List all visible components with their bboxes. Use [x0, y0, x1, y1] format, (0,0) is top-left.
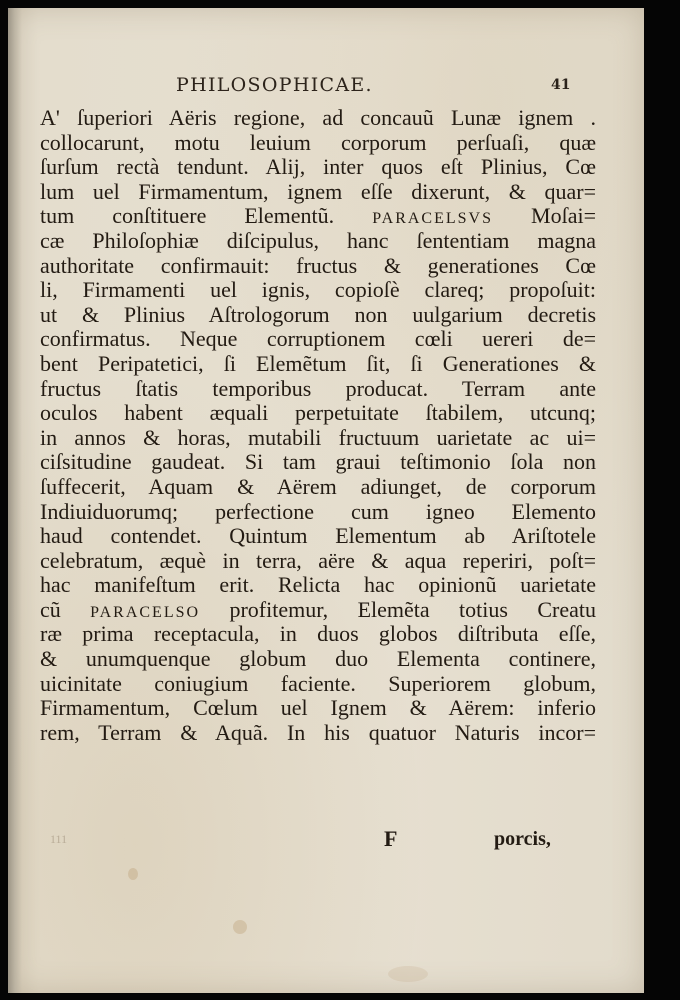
text-run: Firmamentum, Cœlum uel Ignem & Aërem: in… [40, 695, 596, 720]
text-run: in annos & horas, mutabili fructuum uari… [40, 425, 596, 450]
text-run: ſurſum rectà tendunt. Alij, inter quos e… [40, 154, 596, 179]
text-line: haud contendet. Quintum Elementum ab Ari… [40, 524, 596, 549]
text-run: fructus ſtatis temporibus producat. Terr… [40, 376, 596, 401]
page-number: 41 [551, 77, 570, 93]
text-run: ciſsitudine gaudeat. Si tam graui teſtim… [40, 449, 596, 474]
text-run: collocarunt, motu leuium corporum perſua… [40, 130, 596, 155]
text-run: rem, Terram & Aquã. In his quatuor Natur… [40, 720, 596, 745]
text-line: lum uel Firmamentum, ignem eſſe dixerunt… [40, 180, 596, 205]
paper-stain [388, 966, 428, 982]
small-caps-name: PARACELSO [90, 604, 200, 621]
text-line: in annos & horas, mutabili fructuum uari… [40, 426, 596, 451]
text-line: ciſsitudine gaudeat. Si tam graui teſtim… [40, 450, 596, 475]
text-line: oculos habent æquali perpetuitate ſtabil… [40, 401, 596, 426]
text-line: tum conſtituere Elementũ. PARACELSVS Moſ… [40, 204, 596, 229]
text-run: A' ſuperiori Aëris regione, ad concauũ L… [40, 105, 596, 130]
text-line: Firmamentum, Cœlum uel Ignem & Aërem: in… [40, 696, 596, 721]
text-run: li, Firmamenti uel ignis, copioſè clareq… [40, 277, 596, 302]
text-run: celebratum, æquè in terra, aëre & aqua r… [40, 548, 596, 573]
text-run: Indiuiduorumq; perfectione cum igneo Ele… [40, 499, 596, 524]
running-head: PHILOSOPHICAE. 41 [0, 74, 680, 100]
text-run: ut & Plinius Aſtrologorum non uulgarium … [40, 302, 596, 327]
text-line: collocarunt, motu leuium corporum perſua… [40, 131, 596, 156]
text-line: rem, Terram & Aquã. In his quatuor Natur… [40, 721, 596, 746]
text-run: Moſai= [493, 203, 596, 228]
text-line: ræ prima receptacula, in duos globos diſ… [40, 622, 596, 647]
text-run: uicinitate coniugium faciente. Superiore… [40, 671, 596, 696]
paper-stain [128, 868, 138, 880]
text-line: Indiuiduorumq; perfectione cum igneo Ele… [40, 500, 596, 525]
text-line: & unumquenque globum duo Elementa contin… [40, 647, 596, 672]
text-line: A' ſuperiori Aëris regione, ad concauũ L… [40, 106, 596, 131]
text-line: confirmatus. Neque corruptionem cœli uer… [40, 327, 596, 352]
text-run: cæ Philoſophiæ diſcipulus, hanc ſententi… [40, 228, 596, 253]
text-run: oculos habent æquali perpetuitate ſtabil… [40, 400, 596, 425]
text-line: li, Firmamenti uel ignis, copioſè clareq… [40, 278, 596, 303]
text-run: hac manifeſtum erit. Relicta hac opinion… [40, 572, 596, 597]
text-run: confirmatus. Neque corruptionem cœli uer… [40, 326, 596, 351]
text-run: ræ prima receptacula, in duos globos diſ… [40, 621, 596, 646]
running-head-title: PHILOSOPHICAE. [176, 74, 373, 96]
text-run: tum conſtituere Elementũ. [40, 203, 372, 228]
text-line: fructus ſtatis temporibus producat. Terr… [40, 377, 596, 402]
text-run: & unumquenque globum duo Elementa contin… [40, 646, 596, 671]
text-line: authoritate confirmauit: fructus & gener… [40, 254, 596, 279]
text-line: ſuffecerit, Aquam & Aërem adiunget, de c… [40, 475, 596, 500]
text-line: cæ Philoſophiæ diſcipulus, hanc ſententi… [40, 229, 596, 254]
faint-mark: 111 [50, 832, 67, 847]
paper-stain [233, 920, 247, 934]
text-run: lum uel Firmamentum, ignem eſſe dixerunt… [40, 179, 596, 204]
text-line: hac manifeſtum erit. Relicta hac opinion… [40, 573, 596, 598]
text-run: haud contendet. Quintum Elementum ab Ari… [40, 523, 596, 548]
text-run: profitemur, Elemẽta totius Creatu [200, 597, 596, 622]
signature-mark: F [384, 826, 397, 852]
text-line: bent Peripatetici, ſi Elemẽtum ſit, ſi G… [40, 352, 596, 377]
text-run: authoritate confirmauit: fructus & gener… [40, 253, 596, 278]
text-line: ut & Plinius Aſtrologorum non uulgarium … [40, 303, 596, 328]
text-line: celebratum, æquè in terra, aëre & aqua r… [40, 549, 596, 574]
text-line: ſurſum rectà tendunt. Alij, inter quos e… [40, 155, 596, 180]
text-run: cũ [40, 597, 90, 622]
text-line: uicinitate coniugium faciente. Superiore… [40, 672, 596, 697]
small-caps-name: PARACELSVS [372, 210, 493, 227]
text-line: cũ PARACELSO profitemur, Elemẽta totius … [40, 598, 596, 623]
body-text: A' ſuperiori Aëris regione, ad concauũ L… [40, 106, 596, 745]
catchword: porcis, [494, 828, 551, 851]
text-run: ſuffecerit, Aquam & Aërem adiunget, de c… [40, 474, 596, 499]
text-run: bent Peripatetici, ſi Elemẽtum ſit, ſi G… [40, 351, 596, 376]
page-footer: 111 F porcis, [0, 826, 680, 854]
